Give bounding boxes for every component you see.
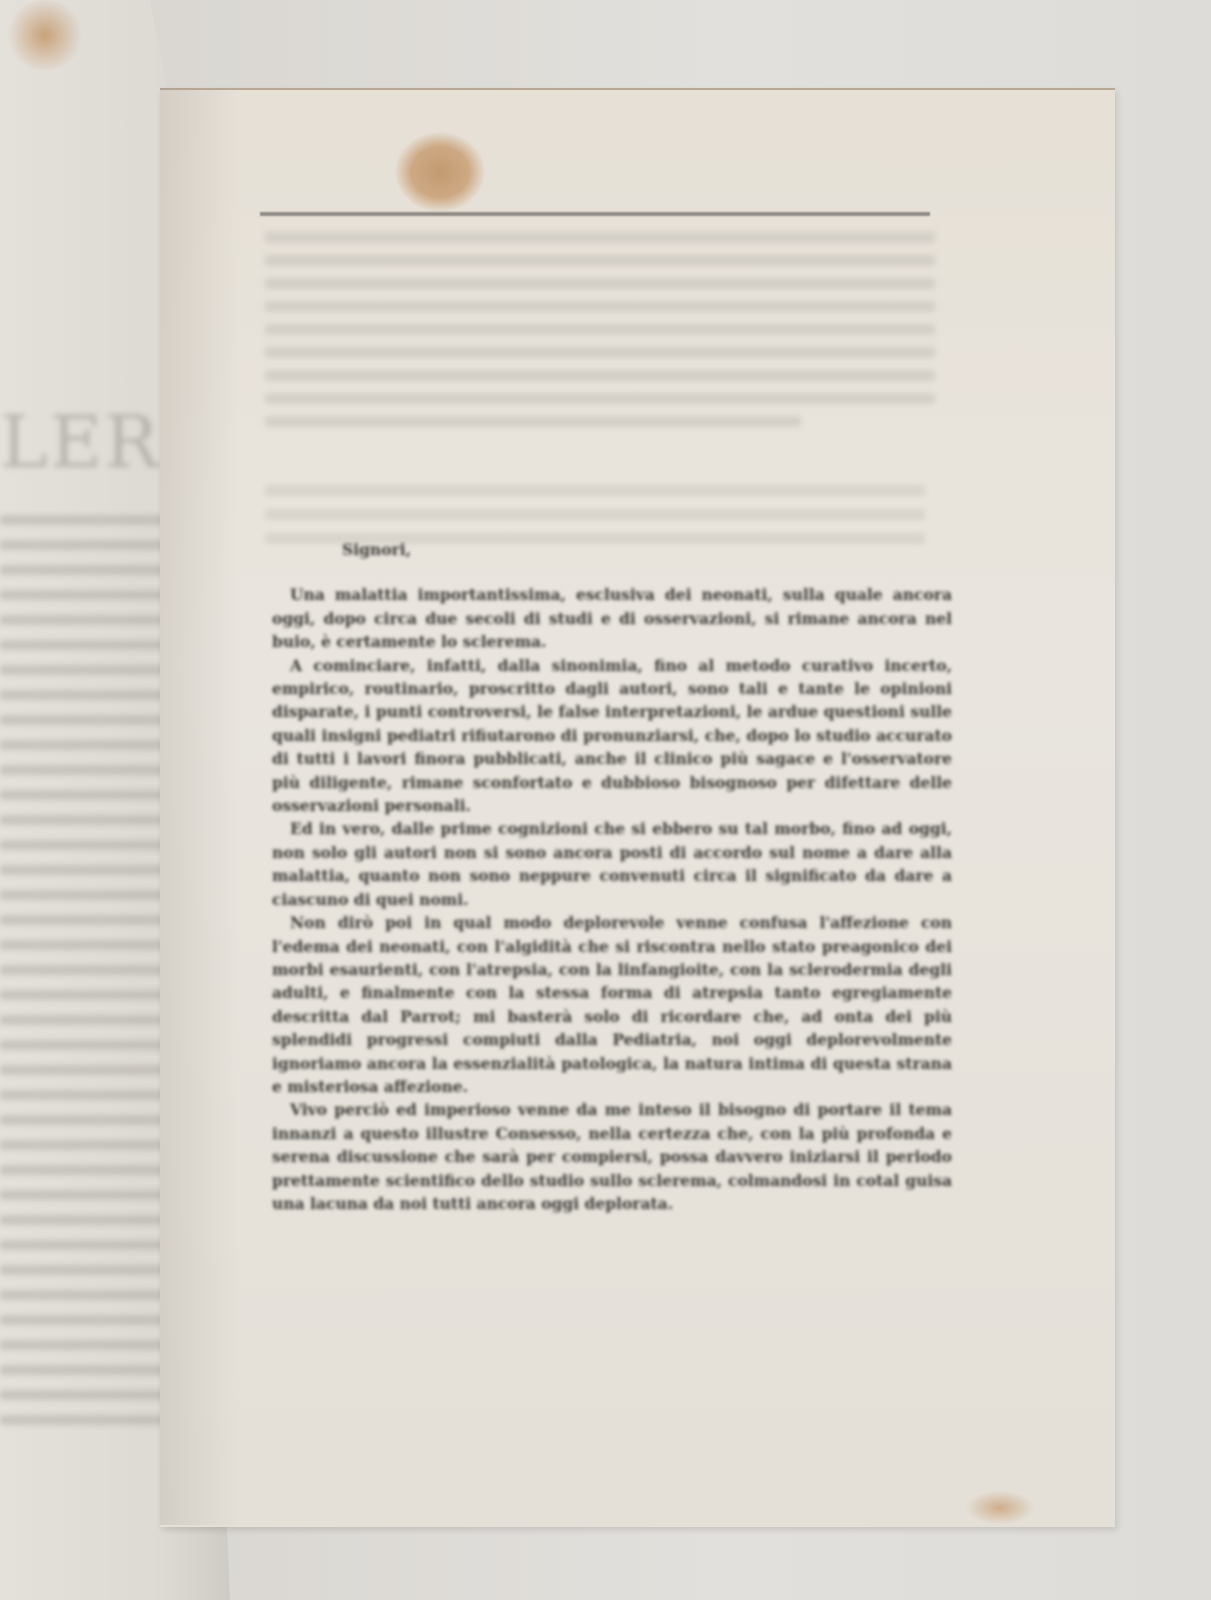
foxing-stain-bottom (965, 1490, 1035, 1525)
document-body: Signori, Una malattia importantissima, e… (272, 538, 952, 1215)
foxing-stain (5, 0, 85, 70)
paragraph: Vivo perciò ed imperioso venne da me int… (272, 1098, 952, 1215)
show-through-text-top (265, 232, 935, 439)
page-gutter-shadow (160, 88, 240, 1525)
paragraph: A cominciare, infatti, dalla sinonimia, … (272, 654, 952, 818)
header-rule (260, 212, 930, 216)
paragraph: Una malattia importantissima, esclusiva … (272, 583, 952, 653)
paragraph: Non dirò poi in qual modo deplorevole ve… (272, 911, 952, 1098)
paragraph: Ed in vero, dalle prime cognizioni che s… (272, 817, 952, 911)
foxing-stain-top (395, 132, 485, 212)
salutation: Signori, (342, 538, 952, 561)
